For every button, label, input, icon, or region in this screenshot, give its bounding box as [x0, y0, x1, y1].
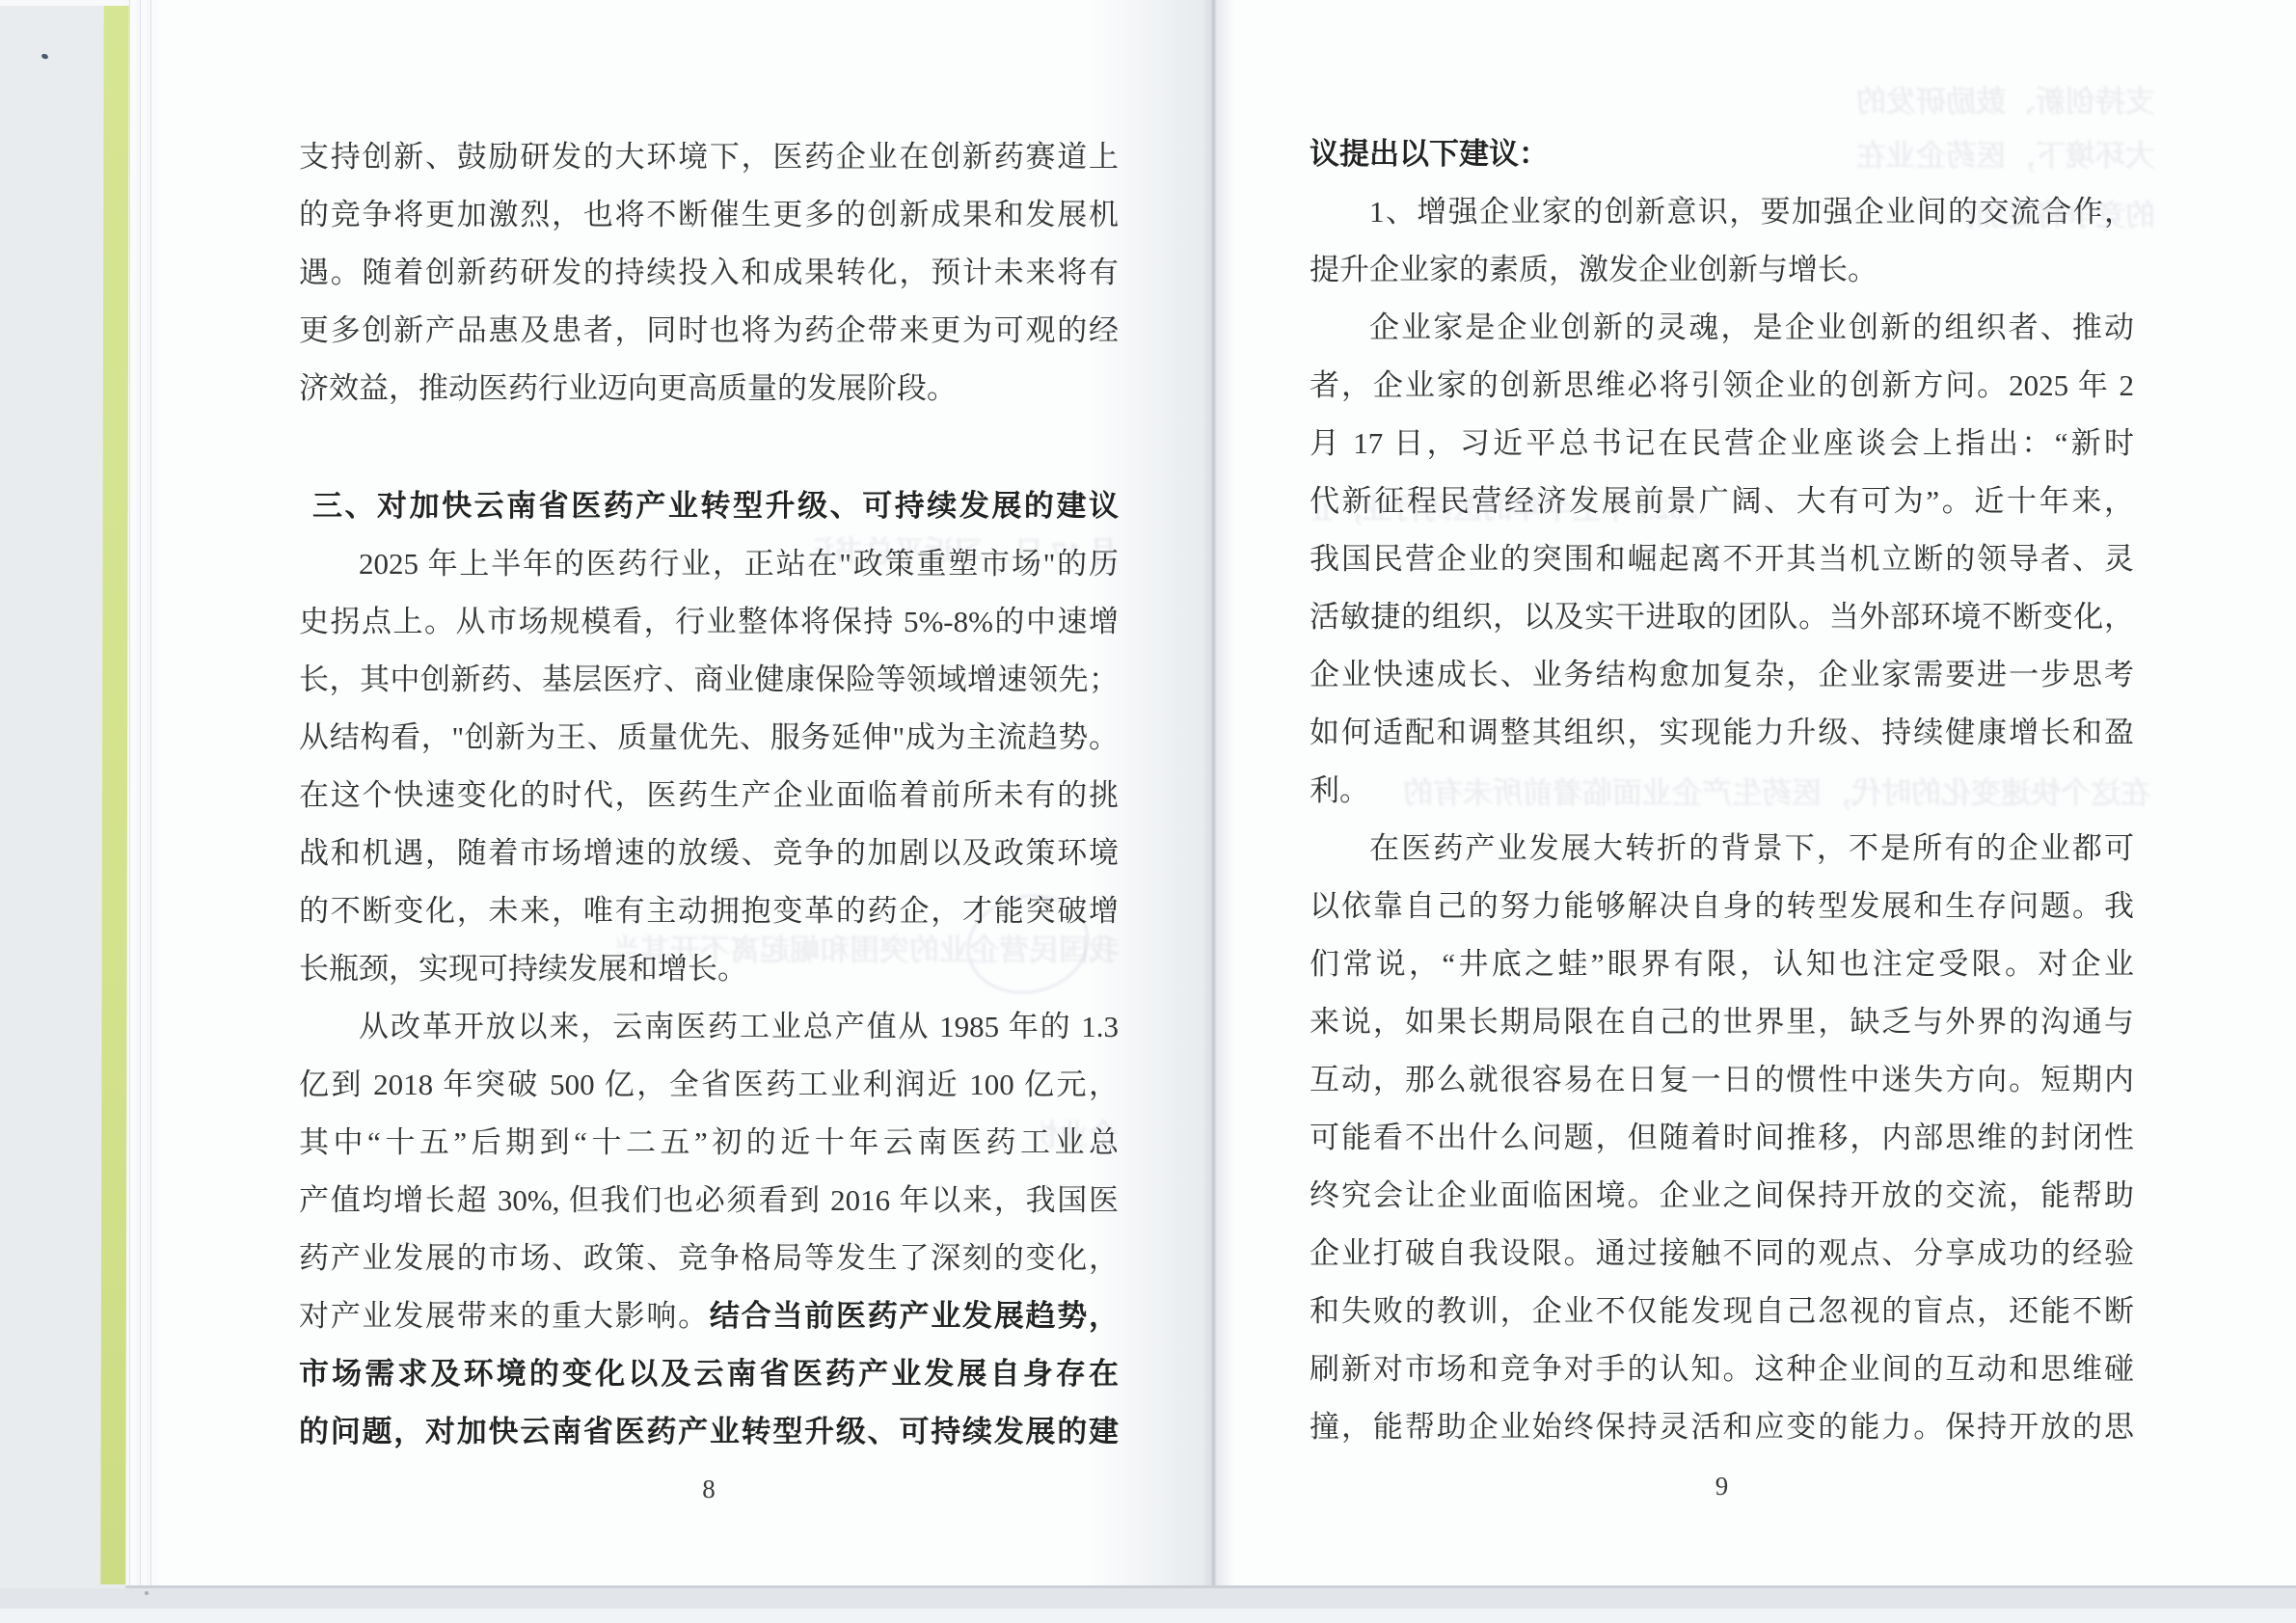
- text-line: 者，企业家的创新思维必将引领企业的创新方问。2025 年 2: [1310, 357, 2134, 415]
- scanned-book-spread: 月 17 日，习近平总书记在民营企业座谈会上指出：“新时 我国民营企业的突围和崛…: [0, 0, 2296, 1623]
- text-line: 药产业发展的市场、政策、竞争格局等发生了深刻的变化，: [299, 1230, 1119, 1287]
- text-line: 的不断变化，未来，唯有主动拥抱变革的药企，才能突破增: [299, 882, 1119, 940]
- text-line: 其中“十五”后期到“十二五”初的近十年云南医药工业总: [299, 1114, 1119, 1172]
- stacked-page-edges: [125, 0, 157, 1586]
- text-line: 们常说，“井底之蛙”眼界有限，认知也注定受限。对企业: [1310, 935, 2134, 993]
- text-line: 长瓶颈，实现可持续发展和增长。: [299, 940, 1119, 998]
- text-line: 活敏捷的组织，以及实干进取的团队。当外部环境不断变化，: [1310, 588, 2134, 646]
- text-line: 从结构看，"创新为王、质量优先、服务延伸"成为主流趋势。: [299, 709, 1119, 767]
- text-line: 济效益，推动医药行业迈向更高质量的发展阶段。: [299, 360, 1119, 418]
- text-line: 企业快速成长、业务结构愈加复杂，企业家需要进一步思考: [1310, 646, 2134, 704]
- text-line: 刷新对市场和竞争对手的认知。这种企业间的互动和思维碰: [1310, 1340, 2134, 1398]
- text-line: 支持创新、鼓励研发的大环境下，医药企业在创新药赛道上: [299, 128, 1119, 186]
- text-line: 互动，那么就很容易在日复一日的惯性中迷失方向。短期内: [1310, 1051, 2134, 1109]
- text-line: 产值均增长超 30%, 但我们也必须看到 2016 年以来，我国医: [299, 1172, 1119, 1230]
- text-line: 我国民营企业的突围和崛起离不开其当机立断的领导者、灵: [1310, 530, 2134, 588]
- text-line: 可能看不出什么问题，但随着时间推移，内部思维的封闭性: [1310, 1109, 2134, 1167]
- scan-dust-speck: [41, 53, 48, 60]
- text-line: 史拐点上。从市场规模看，行业整体将保持 5%-8%的中速增: [299, 593, 1119, 651]
- text-line: 来说，如果长期局限在自己的世界里，缺乏与外界的沟通与: [1310, 993, 2134, 1051]
- text-line: 2025 年上半年的医药行业，正站在"政策重塑市场"的历: [299, 535, 1119, 593]
- right-page-text: 议提出以下建议： 1、增强企业家的创新意识，要加强企业间的交流合作， 提升企业家…: [1310, 125, 2134, 1456]
- book-cover-edge-strip: [100, 6, 128, 1584]
- text-line: 从改革开放以来，云南医药工业总产值从 1985 年的 1.3: [299, 998, 1119, 1056]
- section-heading: 议提出以下建议：: [1310, 125, 2134, 183]
- text-line: 撞，能帮助企业始终保持灵活和应变的能力。保持开放的思: [1310, 1398, 2134, 1456]
- text-line-mixed: 对产业发展带来的重大影响。结合当前医药产业发展趋势，: [299, 1287, 1119, 1345]
- text-line: 的竞争将更加激烈，也将不断催生更多的创新成果和发展机: [299, 186, 1119, 244]
- text-line: 的问题，对加快云南省医药产业转型升级、可持续发展的建: [299, 1403, 1119, 1461]
- page-number: 8: [299, 1470, 1119, 1508]
- text-line: 以依靠自己的努力能够解决自身的转型发展和生存问题。我: [1310, 878, 2134, 935]
- text-line: 更多创新产品惠及患者，同时也将为药企带来更为可观的经: [299, 302, 1119, 360]
- paragraph-gap: [299, 418, 1119, 477]
- text-line: 如何适配和调整其组织，实现能力升级、持续健康增长和盈: [1310, 704, 2134, 762]
- text-line: 遇。随着创新药研发的持续投入和成果转化，预计未来将有: [299, 244, 1119, 302]
- left-page-text: 支持创新、鼓励研发的大环境下，医药企业在创新药赛道上 的竞争将更加激烈，也将不断…: [299, 128, 1119, 1461]
- text-run: 对产业发展带来的重大影响。: [299, 1299, 710, 1333]
- text-line: 长，其中创新药、基层医疗、商业健康保险等领域增速领先；: [299, 651, 1119, 709]
- text-line: 1、增强企业家的创新意识，要加强企业间的交流合作，: [1310, 183, 2134, 241]
- text-line: 市场需求及环境的变化以及云南省医药产业发展自身存在: [299, 1345, 1119, 1403]
- text-line: 利。: [1310, 762, 2134, 820]
- section-heading: 三、对加快云南省医药产业转型升级、可持续发展的建议: [299, 477, 1119, 535]
- scan-bottom-light-band: [0, 1609, 2296, 1623]
- text-line: 和失败的教训，企业不仅能发现自己忽视的盲点，还能不断: [1310, 1283, 2134, 1340]
- text-line: 在医药产业发展大转折的背景下，不是所有的企业都可: [1310, 820, 2134, 878]
- text-line: 企业打破自我设限。通过接触不同的观点、分享成功的经验: [1310, 1225, 2134, 1283]
- page-number: 9: [1310, 1467, 2134, 1505]
- text-line: 战和机遇，随着市场增速的放缓、竞争的加剧以及政策环境: [299, 825, 1119, 882]
- text-line: 终究会让企业面临困境。企业之间保持开放的交流，能帮助: [1310, 1167, 2134, 1225]
- text-line: 企业家是企业创新的灵魂，是企业创新的组织者、推动: [1310, 299, 2134, 357]
- text-line: 在这个快速变化的时代，医药生产企业面临着前所未有的挑: [299, 767, 1119, 825]
- text-line: 亿到 2018 年突破 500 亿，全省医药工业利润近 100 亿元，: [299, 1056, 1119, 1114]
- text-line: 提升企业家的素质，激发企业创新与增长。: [1310, 241, 2134, 299]
- scan-dust-speck: [145, 1591, 149, 1595]
- text-line: 代新征程民营经济发展前景广阔、大有可为”。近十年来，: [1310, 473, 2134, 530]
- text-line: 月 17 日，习近平总书记在民营企业座谈会上指出：“新时: [1310, 415, 2134, 473]
- bold-text-run: 结合当前医药产业发展趋势，: [710, 1299, 1119, 1333]
